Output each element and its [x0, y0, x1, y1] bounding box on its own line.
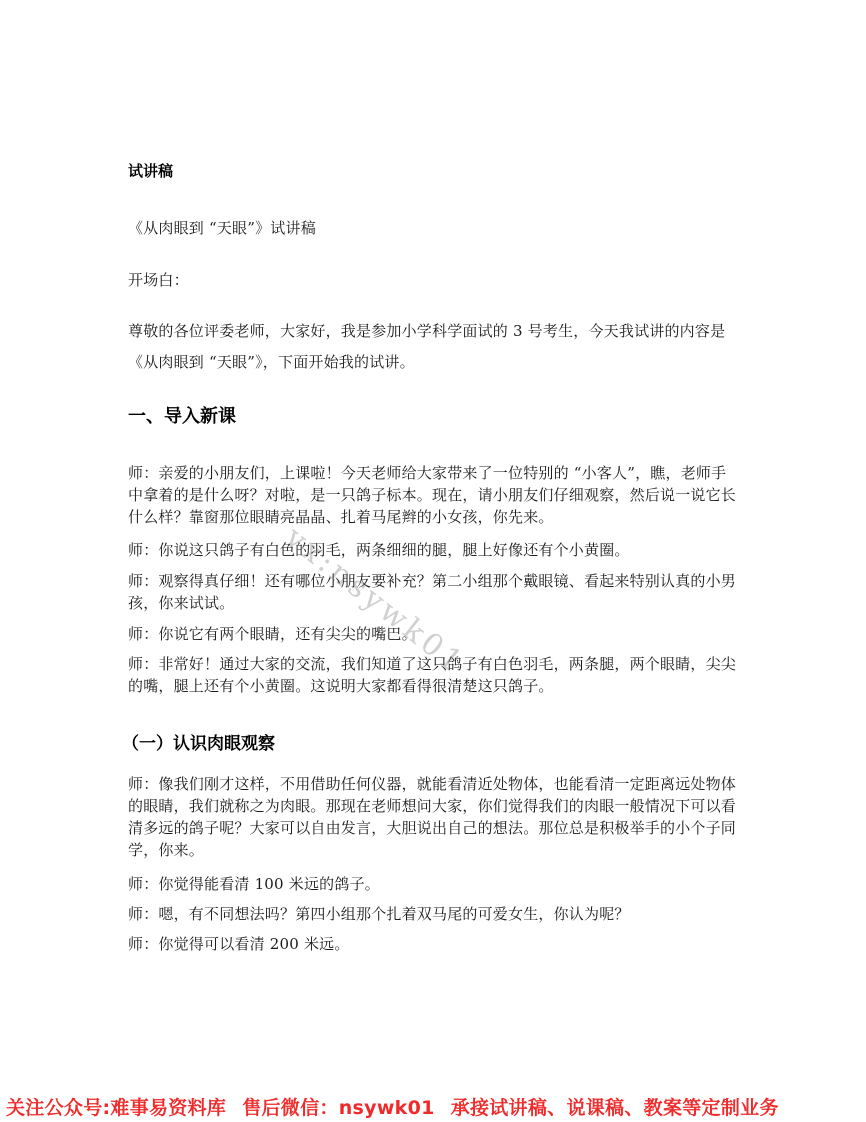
- paragraph: 师：你觉得能看清 100 米远的鸽子。: [128, 873, 740, 895]
- opening-paragraph: 尊敬的各位评委老师，大家好，我是参加小学科学面试的 3 号考生，今天我试讲的内容…: [128, 316, 740, 378]
- paragraph: 师：观察得真仔细！还有哪位小朋友要补充？第二小组那个戴眼镜、看起来特别认真的小男…: [128, 570, 740, 614]
- document-title: 试讲稿: [128, 160, 740, 182]
- subsection-heading: （一）认识肉眼观察: [122, 731, 734, 757]
- paragraph: 师：嗯，有不同想法吗？第四小组那个扎着双马尾的可爱女生，你认为呢？: [128, 903, 740, 925]
- paragraph: 师：亲爱的小朋友们，上课啦！今天老师给大家带来了一位特别的 “小客人”，瞧，老师…: [128, 462, 740, 528]
- section-heading-intro: 一、导入新课: [128, 404, 740, 430]
- footer-wechat-text: 售后微信：nsywk01: [242, 1094, 434, 1122]
- document-subtitle: 《从肉眼到 “天眼”》试讲稿: [128, 217, 740, 239]
- paragraph: 师：像我们刚才这样，不用借助任何仪器，就能看清近处物体，也能看清一定距离远处物体…: [128, 773, 740, 861]
- promo-footer-banner: 关注公众号:难事易资料库售后微信：nsywk01承接试讲稿、说课稿、教案等定制业…: [0, 1094, 866, 1122]
- paragraph: 师：你说这只鸽子有白色的羽毛，两条细细的腿，腿上好像还有个小黄圈。: [128, 539, 740, 561]
- paragraph: 师：你觉得可以看清 200 米远。: [128, 933, 740, 955]
- opening-label: 开场白：: [128, 269, 740, 291]
- document-page: 试讲稿 《从肉眼到 “天眼”》试讲稿 开场白： 尊敬的各位评委老师，大家好，我是…: [0, 0, 866, 1122]
- footer-account-text: 关注公众号:难事易资料库: [0, 1094, 226, 1122]
- footer-service-text: 承接试讲稿、说课稿、教案等定制业务: [451, 1094, 779, 1122]
